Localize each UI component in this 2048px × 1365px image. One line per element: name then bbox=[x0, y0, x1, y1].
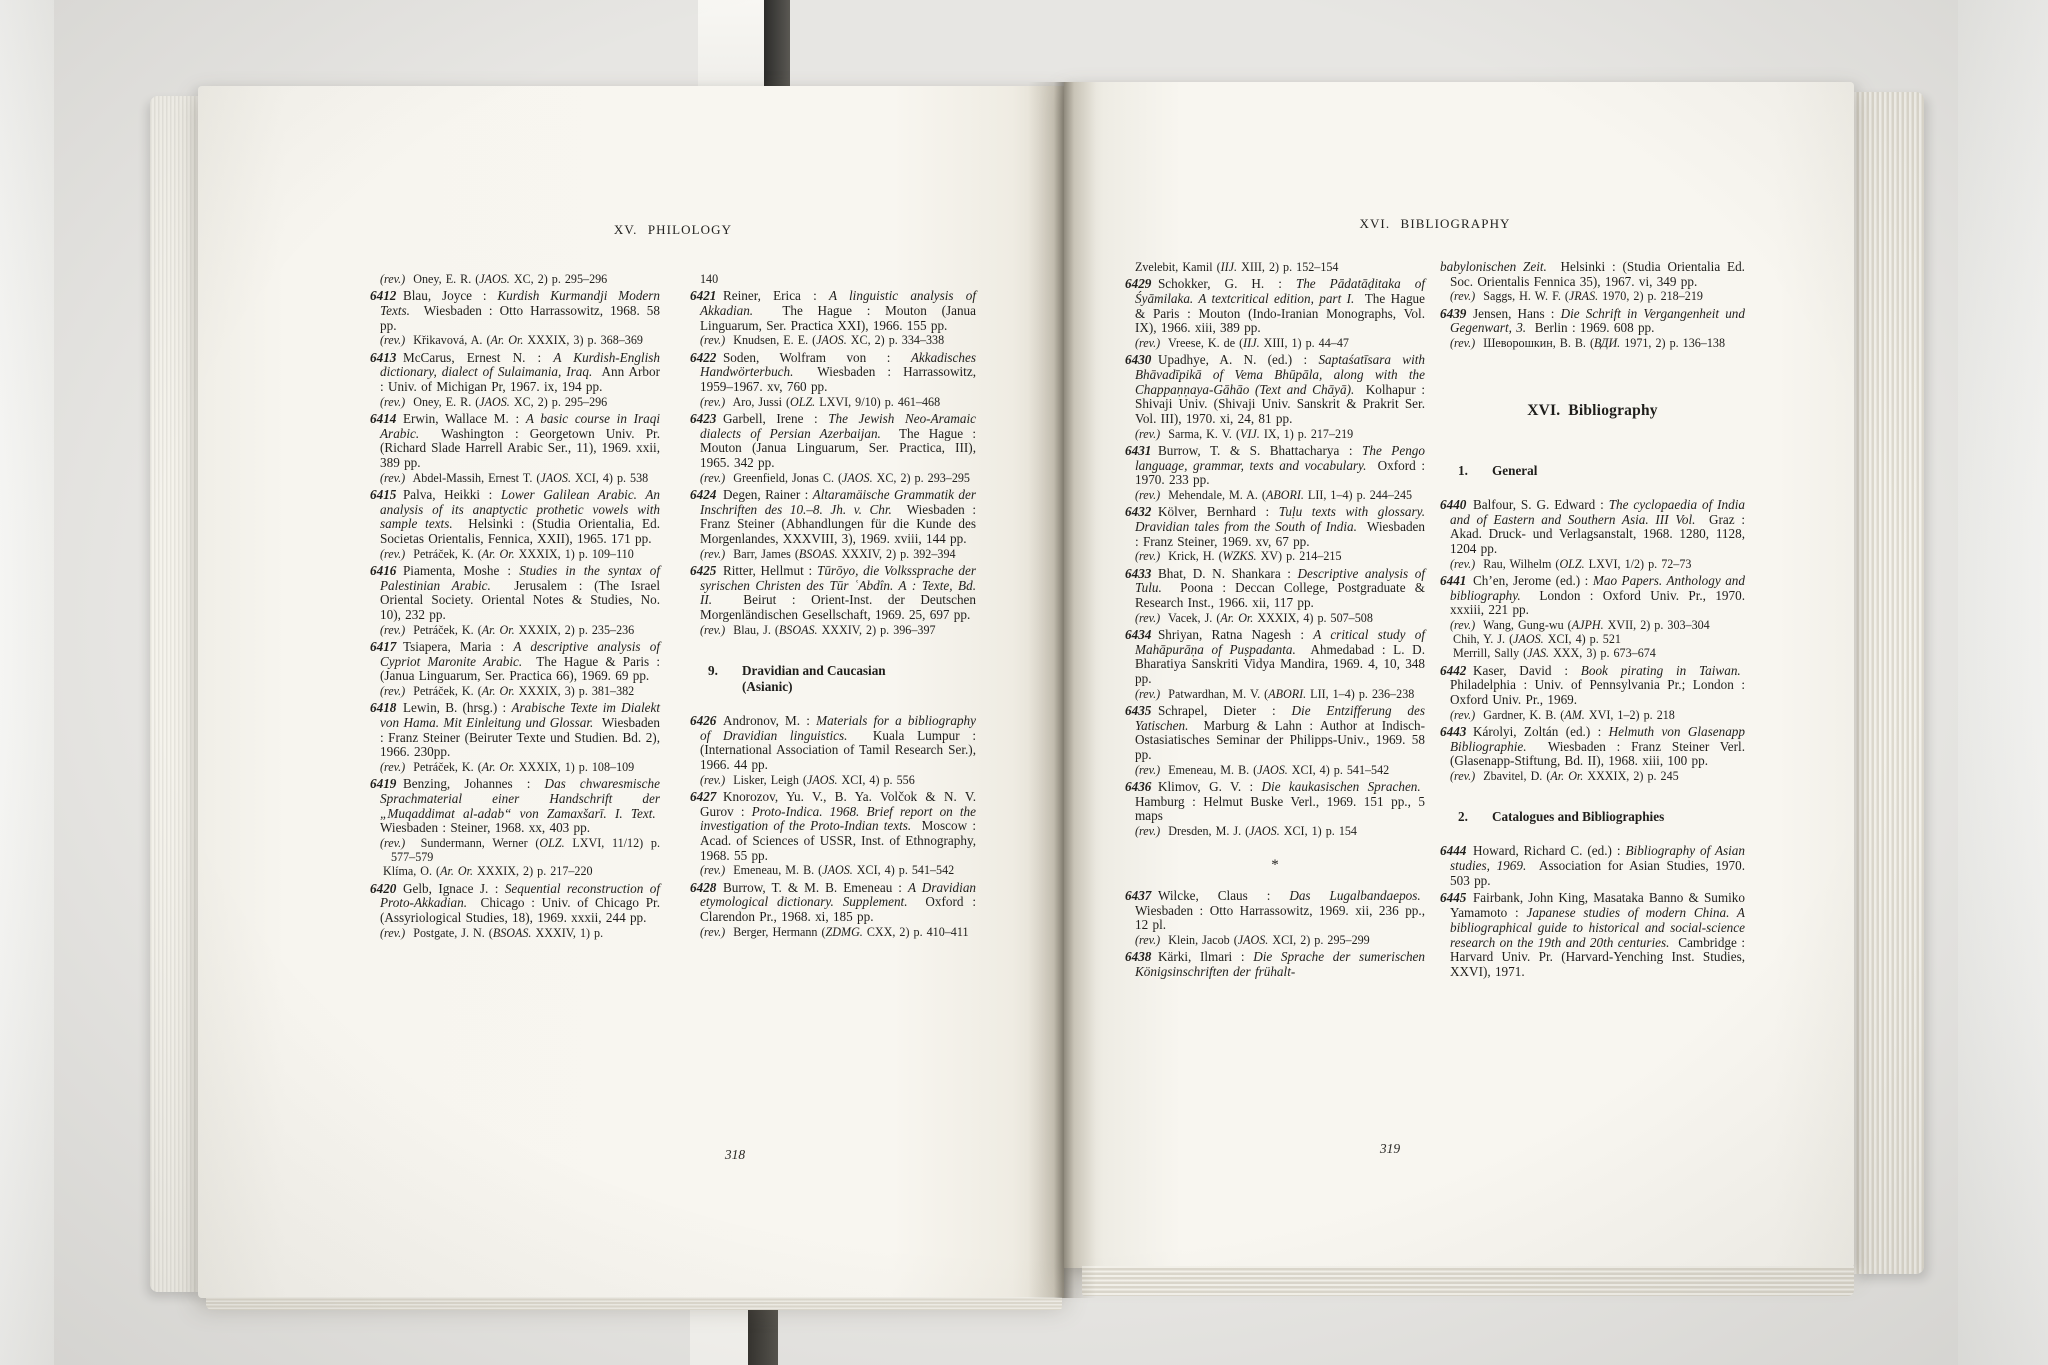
text-segment: ABORI. bbox=[1266, 488, 1304, 502]
text-segment: Wilcke, Claus : bbox=[1158, 888, 1289, 903]
entry-number: 6426 bbox=[690, 713, 716, 728]
text-segment: AM. bbox=[1564, 708, 1585, 722]
text-segment: Gelb, Ignace J. : bbox=[403, 881, 505, 896]
text-segment: BSOAS. bbox=[799, 547, 838, 561]
text-segment: Vacek, J. ( bbox=[1160, 611, 1220, 625]
text-segment: Blau, J. ( bbox=[725, 623, 779, 637]
text-segment: XCI, 4) p. 556 bbox=[838, 773, 915, 787]
running-head-left: XV. PHILOLOGY bbox=[370, 222, 976, 238]
text-segment: Schokker, G. H. : bbox=[1158, 276, 1296, 291]
entry-number: 6439 bbox=[1440, 306, 1466, 321]
text-segment: (rev.) bbox=[700, 773, 725, 787]
bib-entry: 6432 Kölver, Bernhard : Tuḷu texts with … bbox=[1125, 505, 1425, 549]
left-page-columns: (rev.) Oney, E. R. (JAOS. XC, 2) p. 295–… bbox=[370, 272, 976, 940]
text-segment: Petráček, K. ( bbox=[405, 623, 482, 637]
bib-entry: 6430 Upadhye, A. N. (ed.) : Saptaśatīsar… bbox=[1125, 353, 1425, 427]
entry-number: 6425 bbox=[690, 563, 716, 578]
text-segment: Patwardhan, M. V. ( bbox=[1160, 687, 1268, 701]
text-segment: (rev.) bbox=[380, 760, 405, 774]
text-segment: Křikavová, A. ( bbox=[405, 333, 490, 347]
entry-number: 6432 bbox=[1125, 504, 1151, 519]
bib-entry: 6445 Fairbank, John King, Masataka Banno… bbox=[1440, 891, 1745, 979]
text-segment: XCI, 2) p. 295–299 bbox=[1268, 933, 1369, 947]
text-segment: (rev.) bbox=[700, 925, 725, 939]
section-number: 9. bbox=[708, 663, 742, 679]
text-segment: BSOAS. bbox=[493, 926, 532, 940]
review-line: (rev.) Mehendale, M. A. (ABORI. LII, 1–4… bbox=[1125, 488, 1425, 502]
text-segment: Abdel-Massih, Ernest T. ( bbox=[405, 471, 540, 485]
entry-number: 6417 bbox=[370, 639, 396, 654]
text-segment: (rev.) bbox=[700, 623, 725, 637]
review-line: (rev.) Zbavitel, D. (Ar. Or. XXXIX, 2) p… bbox=[1440, 769, 1745, 783]
book-gutter-shadow bbox=[1028, 82, 1096, 1298]
text-segment: Blau, Joyce : bbox=[403, 288, 497, 303]
text-segment: XCI, 4) p. 541–542 bbox=[1288, 763, 1389, 777]
entry-number: 6444 bbox=[1440, 843, 1466, 858]
review-line: (rev.) Sundermann, Werner (OLZ. LXVI, 11… bbox=[370, 836, 660, 864]
review-line: (rev.) Petráček, K. (Ar. Or. XXXIX, 2) p… bbox=[370, 623, 660, 637]
bib-entry: 6421 Reiner, Erica : A linguistic analys… bbox=[690, 289, 976, 333]
entry-number: 6431 bbox=[1125, 443, 1151, 458]
text-segment: JRAS. bbox=[1569, 289, 1598, 303]
text-segment: (rev.) bbox=[700, 333, 725, 347]
text-segment: Howard, Richard C. (ed.) : bbox=[1473, 843, 1626, 858]
review-line: (rev.) Klein, Jacob (JAOS. XCI, 2) p. 29… bbox=[1125, 933, 1425, 947]
text-segment: (rev.) bbox=[1135, 611, 1160, 625]
text-segment: 140 bbox=[700, 272, 718, 286]
text-segment: Oney, E. R. ( bbox=[405, 395, 479, 409]
text-segment: LXVI, 9/10) p. 461–468 bbox=[815, 395, 940, 409]
text-segment: Postgate, J. N. ( bbox=[405, 926, 493, 940]
bib-entry: 6425 Ritter, Hellmut : Tūrōyo, die Volks… bbox=[690, 564, 976, 623]
review-line: (rev.) Petráček, K. (Ar. Or. XXXIX, 3) p… bbox=[370, 684, 660, 698]
text-segment: Sundermann, Werner ( bbox=[405, 836, 539, 850]
review-line: (rev.) Wang, Gung-wu (AJPH. XVII, 2) p. … bbox=[1440, 618, 1745, 632]
bib-entry: 6428 Burrow, T. & M. B. Emeneau : A Drav… bbox=[690, 881, 976, 925]
review-line: (rev.) Шеворошкин, В. В. (ВДИ. 1971, 2) … bbox=[1440, 336, 1745, 350]
text-segment: Reiner, Erica : bbox=[723, 288, 829, 303]
text-segment: Emeneau, M. B. ( bbox=[725, 863, 822, 877]
review-line: (rev.) Petráček, K. (Ar. Or. XXXIX, 1) p… bbox=[370, 760, 660, 774]
text-segment: AJPH. bbox=[1572, 618, 1604, 632]
bib-entry: 6419 Benzing, Johannes : Das chwaresmisc… bbox=[370, 777, 660, 836]
text-segment: Ar. Or. bbox=[490, 333, 523, 347]
bib-entry: 6440 Balfour, S. G. Edward : The cyclopa… bbox=[1440, 498, 1745, 557]
text-segment: ZDMG. bbox=[826, 925, 863, 939]
text-segment: JAOS. bbox=[1257, 763, 1288, 777]
text-segment: McCarus, Ernest N. : bbox=[403, 350, 553, 365]
text-segment: JAOS. bbox=[822, 863, 853, 877]
page-number-left: 318 bbox=[432, 1147, 1038, 1163]
bib-entry: 6433 Bhat, D. N. Shankara : Descriptive … bbox=[1125, 567, 1425, 611]
bib-entry: 6418 Lewin, B. (hrsg.) : Arabische Texte… bbox=[370, 701, 660, 760]
entry-number: 6412 bbox=[370, 288, 396, 303]
bib-entry: 6435 Schrapel, Dieter : Die Entzifferung… bbox=[1125, 704, 1425, 763]
review-line: (rev.) Vreese, K. de (IIJ. XIII, 1) p. 4… bbox=[1125, 336, 1425, 350]
text-segment: Zbavitel, D. ( bbox=[1475, 769, 1550, 783]
text-segment: Burrow, T. & S. Bhattacharya : bbox=[1158, 443, 1362, 458]
entry-number: 6414 bbox=[370, 411, 396, 426]
text-segment: Klein, Jacob ( bbox=[1160, 933, 1238, 947]
text-segment: (rev.) bbox=[380, 395, 405, 409]
text-segment: OLZ. bbox=[539, 836, 564, 850]
text-segment: Soden, Wolfram von : bbox=[723, 350, 911, 365]
text-segment: (rev.) bbox=[1450, 708, 1475, 722]
text-segment: Palva, Heikki : bbox=[403, 487, 501, 502]
text-column: babylonischen Zeit. Helsinki : (Studia O… bbox=[1440, 260, 1745, 980]
entry-number: 6413 bbox=[370, 350, 396, 365]
review-line-secondary: Merrill, Sally (JAS. XXX, 3) p. 673–674 bbox=[1440, 646, 1745, 660]
text-segment: Tsiapera, Maria : bbox=[403, 639, 513, 654]
text-segment: XC, 2) p. 295–296 bbox=[510, 272, 607, 286]
review-line: (rev.) Lisker, Leigh (JAOS. XCI, 4) p. 5… bbox=[690, 773, 976, 787]
bib-entry: 6436 Klimov, G. V. : Die kaukasischen Sp… bbox=[1125, 780, 1425, 824]
text-segment: Book pirating in Taiwan. bbox=[1581, 663, 1741, 678]
text-segment: XC, 2) p. 293–295 bbox=[873, 471, 970, 485]
review-line: (rev.) Oney, E. R. (JAOS. XC, 2) p. 295–… bbox=[370, 395, 660, 409]
text-segment: ABORI. bbox=[1268, 687, 1306, 701]
page-number-right: 319 bbox=[1080, 1141, 1700, 1157]
review-line: (rev.) Petráček, K. (Ar. Or. XXXIX, 1) p… bbox=[370, 547, 660, 561]
text-segment: Wang, Gung-wu ( bbox=[1475, 618, 1572, 632]
text-segment: Das Lugalbandaepos. bbox=[1289, 888, 1420, 903]
text-segment: JAS. bbox=[1527, 646, 1549, 660]
review-line: (rev.) Emeneau, M. B. (JAOS. XCI, 4) p. … bbox=[690, 863, 976, 877]
text-segment: JAOS. bbox=[842, 471, 873, 485]
text-segment: Ritter, Hellmut : bbox=[723, 563, 817, 578]
text-segment: Ar. Or. bbox=[1220, 611, 1253, 625]
text-segment: Vreese, K. de ( bbox=[1160, 336, 1243, 350]
text-segment: Burrow, T. & M. B. Emeneau : bbox=[723, 880, 908, 895]
review-continuation: Zvelebit, Kamil (IIJ. XIII, 2) p. 152–15… bbox=[1125, 260, 1425, 274]
entry-continuation: babylonischen Zeit. Helsinki : (Studia O… bbox=[1440, 260, 1745, 289]
running-head-right: XVI. BIBLIOGRAPHY bbox=[1125, 216, 1745, 232]
text-segment: JAOS. bbox=[1249, 824, 1280, 838]
bib-entry: 6423 Garbell, Irene : The Jewish Neo-Ara… bbox=[690, 412, 976, 471]
text-segment: 1970, 2) p. 218–219 bbox=[1598, 289, 1703, 303]
text-segment: Dresden, M. J. ( bbox=[1160, 824, 1249, 838]
bib-entry: 6426 Andronov, M. : Materials for a bibl… bbox=[690, 714, 976, 773]
background-band-left bbox=[0, 0, 54, 1365]
text-segment: (rev.) bbox=[700, 863, 725, 877]
text-segment: JAOS. bbox=[479, 395, 510, 409]
bib-entry: 6431 Burrow, T. & S. Bhattacharya : The … bbox=[1125, 444, 1425, 488]
text-segment: Erwin, Wallace M. : bbox=[403, 411, 526, 426]
right-page-columns: Zvelebit, Kamil (IIJ. XIII, 2) p. 152–15… bbox=[1125, 260, 1745, 980]
text-segment: Shriyan, Ratna Nagesh : bbox=[1158, 627, 1313, 642]
entry-number: 6420 bbox=[370, 881, 396, 896]
text-segment: (rev.) bbox=[1450, 618, 1475, 632]
text-segment: Degen, Rainer : bbox=[723, 487, 813, 502]
text-segment: ВДИ. bbox=[1594, 336, 1620, 350]
bib-entry: 6422 Soden, Wolfram von : Akkadisches Ha… bbox=[690, 351, 976, 395]
bib-entry: 6429 Schokker, G. H. : The Pādatāḍitaka … bbox=[1125, 277, 1425, 336]
review-line: (rev.) Oney, E. R. (JAOS. XC, 2) p. 295–… bbox=[370, 272, 660, 286]
text-segment: JAOS. bbox=[807, 773, 838, 787]
text-segment: Sarma, K. V. ( bbox=[1160, 427, 1240, 441]
review-line: (rev.) Aro, Jussi (OLZ. LXVI, 9/10) p. 4… bbox=[690, 395, 976, 409]
text-segment: (rev.) bbox=[700, 395, 725, 409]
text-segment: XXX, 3) p. 673–674 bbox=[1549, 646, 1656, 660]
text-segment: WZKS. bbox=[1223, 549, 1257, 563]
text-segment: Lewin, B. (hrsg.) : bbox=[403, 700, 511, 715]
text-segment: (rev.) bbox=[700, 471, 725, 485]
section-number: 1. bbox=[1458, 463, 1492, 479]
text-segment: Jensen, Hans : bbox=[1473, 306, 1561, 321]
entry-number: 6437 bbox=[1125, 888, 1151, 903]
text-segment: IIJ. bbox=[1243, 336, 1259, 350]
text-segment: (rev.) bbox=[1135, 488, 1160, 502]
text-segment: (rev.) bbox=[1450, 289, 1475, 303]
review-line: (rev.) Knudsen, E. E. (JAOS. XC, 2) p. 3… bbox=[690, 333, 976, 347]
entry-number: 6415 bbox=[370, 487, 396, 502]
text-segment: Gardner, K. B. ( bbox=[1475, 708, 1564, 722]
section-heading: 1.General bbox=[1440, 463, 1745, 479]
review-line: (rev.) Abdel-Massih, Ernest T. (JAOS. XC… bbox=[370, 471, 660, 485]
bib-entry: 6416 Piamenta, Moshe : Studies in the sy… bbox=[370, 564, 660, 623]
text-segment: XC, 2) p. 295–296 bbox=[510, 395, 607, 409]
text-segment: XCI, 4) p. 538 bbox=[571, 471, 648, 485]
text-segment: XXXIX, 3) p. 381–382 bbox=[515, 684, 635, 698]
text-segment: XCI, 1) p. 154 bbox=[1280, 824, 1357, 838]
text-segment: Benzing, Johannes : bbox=[403, 776, 545, 791]
text-segment: XC, 2) p. 334–338 bbox=[847, 333, 944, 347]
text-segment: Klíma, O. ( bbox=[383, 864, 440, 878]
section-number: 2. bbox=[1458, 809, 1492, 825]
review-line: (rev.) Greenfield, Jonas C. (JAOS. XC, 2… bbox=[690, 471, 976, 485]
review-line: (rev.) Gardner, K. B. (AM. XVI, 1–2) p. … bbox=[1440, 708, 1745, 722]
entry-number: 6418 bbox=[370, 700, 396, 715]
section-heading: 2.Catalogues and Bibliographies bbox=[1440, 809, 1745, 825]
entry-number: 6423 bbox=[690, 411, 716, 426]
bib-entry: 6442 Kaser, David : Book pirating in Tai… bbox=[1440, 664, 1745, 708]
text-segment: Beirut : Orient-Inst. der Deutschen Morg… bbox=[700, 592, 976, 622]
entry-number: 6435 bbox=[1125, 703, 1151, 718]
right-page-text-block: XVI. BIBLIOGRAPHY Zvelebit, Kamil (IIJ. … bbox=[1125, 216, 1745, 980]
text-segment: Kölver, Bernhard : bbox=[1158, 504, 1279, 519]
text-segment: XXXIX, 1) p. 108–109 bbox=[515, 760, 635, 774]
text-segment: OLZ. bbox=[790, 395, 815, 409]
text-segment: XIII, 2) p. 152–154 bbox=[1237, 260, 1338, 274]
text-segment: Die kaukasischen Sprachen. bbox=[1262, 779, 1421, 794]
text-segment: XXXIX, 3) p. 368–369 bbox=[523, 333, 643, 347]
text-column: 1406421 Reiner, Erica : A linguistic ana… bbox=[690, 272, 976, 940]
review-line: (rev.) Krick, H. (WZKS. XV) p. 214–215 bbox=[1125, 549, 1425, 563]
entry-number: 6441 bbox=[1440, 573, 1466, 588]
bib-entry: 6414 Erwin, Wallace M. : A basic course … bbox=[370, 412, 660, 471]
text-segment: Upadhye, A. N. (ed.) : bbox=[1158, 352, 1318, 367]
text-segment: XXXIX, 4) p. 507–508 bbox=[1253, 611, 1373, 625]
text-segment: 1971, 2) p. 136–138 bbox=[1620, 336, 1725, 350]
entry-number: 6436 bbox=[1125, 779, 1151, 794]
text-segment: Zvelebit, Kamil ( bbox=[1135, 260, 1221, 274]
text-segment: XXXIX, 2) p. 235–236 bbox=[515, 623, 635, 637]
review-line: (rev.) Emeneau, M. B. (JAOS. XCI, 4) p. … bbox=[1125, 763, 1425, 777]
text-segment: Mehendale, M. A. ( bbox=[1160, 488, 1266, 502]
text-segment: XV) p. 214–215 bbox=[1257, 549, 1342, 563]
book-jacket-top bbox=[698, 0, 764, 92]
text-segment: Kaser, David : bbox=[1473, 663, 1581, 678]
text-segment: (rev.) bbox=[1450, 336, 1475, 350]
text-segment: Wiesbaden : Otto Harrassowitz, 1968. 58 … bbox=[380, 303, 660, 333]
entry-number: 6429 bbox=[1125, 276, 1151, 291]
text-segment: XCI, 4) p. 541–542 bbox=[853, 863, 954, 877]
text-segment: Klimov, G. V. : bbox=[1158, 779, 1262, 794]
text-segment: Kärki, Ilmari : bbox=[1158, 949, 1253, 964]
text-segment: LII, 1–4) p. 244–245 bbox=[1304, 488, 1412, 502]
text-segment: Rau, Wilhelm ( bbox=[1475, 557, 1559, 571]
entry-number: 6427 bbox=[690, 789, 716, 804]
text-segment: XVII, 2) p. 303–304 bbox=[1604, 618, 1710, 632]
bib-entry: 6415 Palva, Heikki : Lower Galilean Arab… bbox=[370, 488, 660, 547]
text-segment: Ar. Or. bbox=[440, 864, 473, 878]
entry-number: 6438 bbox=[1125, 949, 1151, 964]
chapter-heading: XVI. Bibliography bbox=[1440, 404, 1745, 419]
text-segment: XXXIV, 2) p. 396–397 bbox=[818, 623, 936, 637]
separator-asterisk: * bbox=[1125, 858, 1425, 873]
review-line: (rev.) Křikavová, A. (Ar. Or. XXXIX, 3) … bbox=[370, 333, 660, 347]
text-segment: Шеворошкин, В. В. ( bbox=[1475, 336, 1594, 350]
entry-number: 6430 bbox=[1125, 352, 1151, 367]
review-continuation: 140 bbox=[690, 272, 976, 286]
text-segment: (rev.) bbox=[1135, 933, 1160, 947]
text-segment: JAOS. bbox=[816, 333, 847, 347]
text-segment: XXXIV, 2) p. 392–394 bbox=[838, 547, 956, 561]
text-segment: JAOS. bbox=[540, 471, 571, 485]
text-segment: IIJ. bbox=[1221, 260, 1237, 274]
review-line: (rev.) Blau, J. (BSOAS. XXXIV, 2) p. 396… bbox=[690, 623, 976, 637]
page-edges-bottom-left bbox=[206, 1297, 1062, 1310]
entry-number: 6440 bbox=[1440, 497, 1466, 512]
text-segment: (rev.) bbox=[1135, 336, 1160, 350]
review-line: (rev.) Saggs, H. W. F. (JRAS. 1970, 2) p… bbox=[1440, 289, 1745, 303]
text-segment: (rev.) bbox=[380, 471, 405, 485]
text-segment: Poona : Deccan College, Postgraduate & R… bbox=[1135, 580, 1425, 610]
text-segment: XCI, 4) p. 521 bbox=[1544, 632, 1621, 646]
text-segment: Oney, E. R. ( bbox=[405, 272, 479, 286]
text-segment: BSOAS. bbox=[779, 623, 818, 637]
text-segment: Washington : Georgetown Univ. Pr. (Richa… bbox=[380, 426, 660, 470]
text-segment: OLZ. bbox=[1559, 557, 1584, 571]
text-segment: Krick, H. ( bbox=[1160, 549, 1222, 563]
review-line: (rev.) Patwardhan, M. V. (ABORI. LII, 1–… bbox=[1125, 687, 1425, 701]
text-segment: Aro, Jussi ( bbox=[725, 395, 790, 409]
entry-number: 6421 bbox=[690, 288, 716, 303]
text-segment: Garbell, Irene : bbox=[723, 411, 828, 426]
text-segment: Barr, James ( bbox=[725, 547, 799, 561]
bib-entry: 6439 Jensen, Hans : Die Schrift in Verga… bbox=[1440, 307, 1745, 336]
text-segment: (rev.) bbox=[1450, 769, 1475, 783]
review-line: (rev.) Barr, James (BSOAS. XXXIV, 2) p. … bbox=[690, 547, 976, 561]
bib-entry: 6420 Gelb, Ignace J. : Sequential recons… bbox=[370, 882, 660, 926]
text-segment: IX, 1) p. 217–219 bbox=[1260, 427, 1353, 441]
background-band-right bbox=[1958, 0, 2048, 1365]
text-segment: Greenfield, Jonas C. ( bbox=[725, 471, 842, 485]
text-segment: (rev.) bbox=[380, 547, 405, 561]
text-segment: Petráček, K. ( bbox=[405, 547, 482, 561]
entry-number: 6422 bbox=[690, 350, 716, 365]
text-column: (rev.) Oney, E. R. (JAOS. XC, 2) p. 295–… bbox=[370, 272, 660, 940]
text-segment: Ar. Or. bbox=[1550, 769, 1583, 783]
text-segment: (rev.) bbox=[380, 836, 405, 850]
text-segment: Ar. Or. bbox=[482, 547, 515, 561]
text-segment: Saggs, H. W. F. ( bbox=[1475, 289, 1569, 303]
text-segment: (rev.) bbox=[700, 547, 725, 561]
entry-number: 6416 bbox=[370, 563, 396, 578]
text-segment: babylonischen Zeit. bbox=[1440, 259, 1547, 274]
text-segment: XVI, 1–2) p. 218 bbox=[1585, 708, 1675, 722]
text-segment: (rev.) bbox=[380, 272, 405, 286]
text-segment: VIJ. bbox=[1240, 427, 1260, 441]
review-line-secondary: Chih, Y. J. (JAOS. XCI, 4) p. 521 bbox=[1440, 632, 1745, 646]
text-segment: (rev.) bbox=[1135, 427, 1160, 441]
text-segment: JAOS. bbox=[1513, 632, 1544, 646]
review-line: (rev.) Dresden, M. J. (JAOS. XCI, 1) p. … bbox=[1125, 824, 1425, 838]
bib-entry: 6413 McCarus, Ernest N. : A Kurdish-Engl… bbox=[370, 351, 660, 395]
entry-number: 6419 bbox=[370, 776, 396, 791]
bib-entry: 6444 Howard, Richard C. (ed.) : Bibliogr… bbox=[1440, 844, 1745, 888]
text-segment: Knudsen, E. E. ( bbox=[725, 333, 816, 347]
page-edges-left bbox=[150, 96, 198, 1292]
text-segment: CXX, 2) p. 410–411 bbox=[863, 925, 969, 939]
text-segment: (rev.) bbox=[1135, 549, 1160, 563]
review-line: (rev.) Rau, Wilhelm (OLZ. LXVI, 1/2) p. … bbox=[1440, 557, 1745, 571]
text-segment: XIII, 1) p. 44–47 bbox=[1260, 336, 1349, 350]
text-segment: Merrill, Sally ( bbox=[1453, 646, 1527, 660]
text-segment: (rev.) bbox=[380, 333, 405, 347]
bib-entry: 6441 Ch’en, Jerome (ed.) : Mao Papers. A… bbox=[1440, 574, 1745, 618]
text-segment: (rev.) bbox=[1135, 687, 1160, 701]
entry-number: 6443 bbox=[1440, 724, 1466, 739]
review-line: (rev.) Berger, Hermann (ZDMG. CXX, 2) p.… bbox=[690, 925, 976, 939]
text-segment: XXXIV, 1) p. bbox=[531, 926, 603, 940]
page-edges-right bbox=[1854, 92, 1924, 1274]
text-segment: XXXIX, 2) p. 217–220 bbox=[473, 864, 593, 878]
entry-number: 6433 bbox=[1125, 566, 1151, 581]
text-segment: Petráček, K. ( bbox=[405, 760, 482, 774]
review-line: (rev.) Vacek, J. (Ar. Or. XXXIX, 4) p. 5… bbox=[1125, 611, 1425, 625]
page-edges-bottom-right bbox=[1082, 1266, 1854, 1296]
text-segment: Schrapel, Dieter : bbox=[1158, 703, 1292, 718]
text-segment: Bhat, D. N. Shankara : bbox=[1158, 566, 1298, 581]
text-segment: Balfour, S. G. Edward : bbox=[1473, 497, 1609, 512]
bib-entry: 6437 Wilcke, Claus : Das Lugalbandaepos.… bbox=[1125, 889, 1425, 933]
text-segment: (rev.) bbox=[380, 623, 405, 637]
text-segment: Piamenta, Moshe : bbox=[403, 563, 519, 578]
text-segment: Ar. Or. bbox=[482, 623, 515, 637]
entry-number: 6445 bbox=[1440, 890, 1466, 905]
entry-number: 6434 bbox=[1125, 627, 1151, 642]
book-spine-edge-top bbox=[764, 0, 790, 92]
bib-entry: 6412 Blau, Joyce : Kurdish Kurmandji Mod… bbox=[370, 289, 660, 333]
text-segment: XXXIX, 2) p. 245 bbox=[1583, 769, 1678, 783]
text-segment: Ch’en, Jerome (ed.) : bbox=[1473, 573, 1593, 588]
entry-number: 6442 bbox=[1440, 663, 1466, 678]
review-line: (rev.) Postgate, J. N. (BSOAS. XXXIV, 1)… bbox=[370, 926, 660, 940]
text-segment: Károlyi, Zoltán (ed.) : bbox=[1473, 724, 1609, 739]
text-segment: Emeneau, M. B. ( bbox=[1160, 763, 1257, 777]
left-page-text-block: XV. PHILOLOGY (rev.) Oney, E. R. (JAOS. … bbox=[370, 222, 976, 940]
text-segment: Petráček, K. ( bbox=[405, 684, 482, 698]
bib-entry: 6417 Tsiapera, Maria : A descriptive ana… bbox=[370, 640, 660, 684]
text-segment: LII, 1–4) p. 236–238 bbox=[1306, 687, 1414, 701]
text-segment: XXXIX, 1) p. 109–110 bbox=[515, 547, 634, 561]
text-segment: Berlin : 1969. 608 pp. bbox=[1526, 320, 1654, 335]
bib-entry: 6438 Kärki, Ilmari : Die Sprache der sum… bbox=[1125, 950, 1425, 979]
section-heading: 9.Dravidian and Caucasian(Asianic) bbox=[690, 663, 976, 695]
text-segment: (rev.) bbox=[1135, 824, 1160, 838]
text-segment: Berger, Hermann ( bbox=[725, 925, 825, 939]
